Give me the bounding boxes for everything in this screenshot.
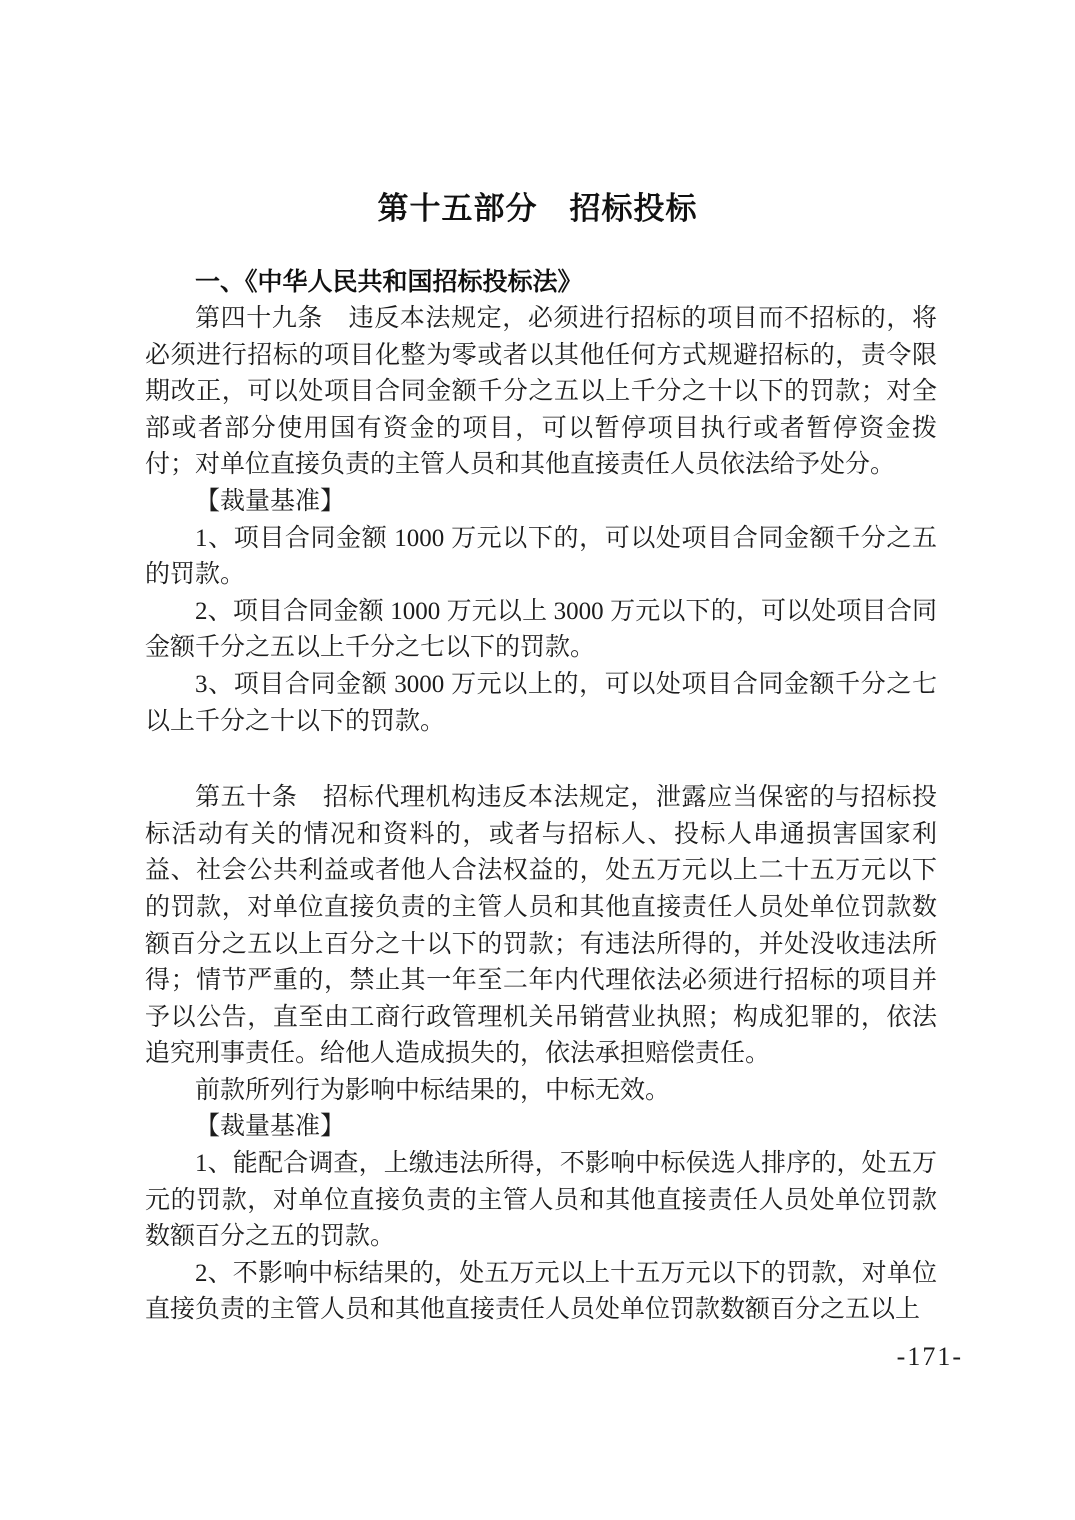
section-heading-law-name: 一、《中华人民共和国招标投标法》 bbox=[145, 264, 937, 301]
article-49-paragraph: 第四十九条 违反本法规定，必须进行招标的项目而不招标的，将必须进行招标的项目化整… bbox=[145, 301, 937, 484]
article-49-basis-label: 【裁量基准】 bbox=[145, 484, 937, 521]
article-49-item-2: 2、项目合同金额 1000 万元以上 3000 万元以下的，可以处项目合同金额千… bbox=[145, 594, 937, 667]
article-separator bbox=[145, 740, 937, 780]
article-50-basis-label: 【裁量基准】 bbox=[145, 1109, 937, 1146]
article-50-item-1: 1、能配合调查，上缴违法所得，不影响中标侯选人排序的，处五万元的罚款，对单位直接… bbox=[145, 1146, 937, 1256]
document-page: 第十五部分 招标投标 一、《中华人民共和国招标投标法》 第四十九条 违反本法规定… bbox=[0, 0, 1075, 1520]
document-body: 一、《中华人民共和国招标投标法》 第四十九条 违反本法规定，必须进行招标的项目而… bbox=[145, 264, 937, 1329]
article-50-paragraph: 第五十条 招标代理机构违反本法规定，泄露应当保密的与招标投标活动有关的情况和资料… bbox=[145, 780, 937, 1073]
page-title: 第十五部分 招标投标 bbox=[0, 186, 1075, 232]
article-49-item-1: 1、项目合同金额 1000 万元以下的，可以处项目合同金额千分之五的罚款。 bbox=[145, 521, 937, 594]
article-50-item-2: 2、不影响中标结果的，处五万元以上十五万元以下的罚款，对单位直接负责的主管人员和… bbox=[145, 1256, 937, 1329]
article-49-item-3: 3、项目合同金额 3000 万元以上的，可以处项目合同金额千分之七以上千分之十以… bbox=[145, 667, 937, 740]
article-50-paragraph-2: 前款所列行为影响中标结果的，中标无效。 bbox=[145, 1073, 937, 1110]
page-number: -171- bbox=[897, 1342, 963, 1372]
